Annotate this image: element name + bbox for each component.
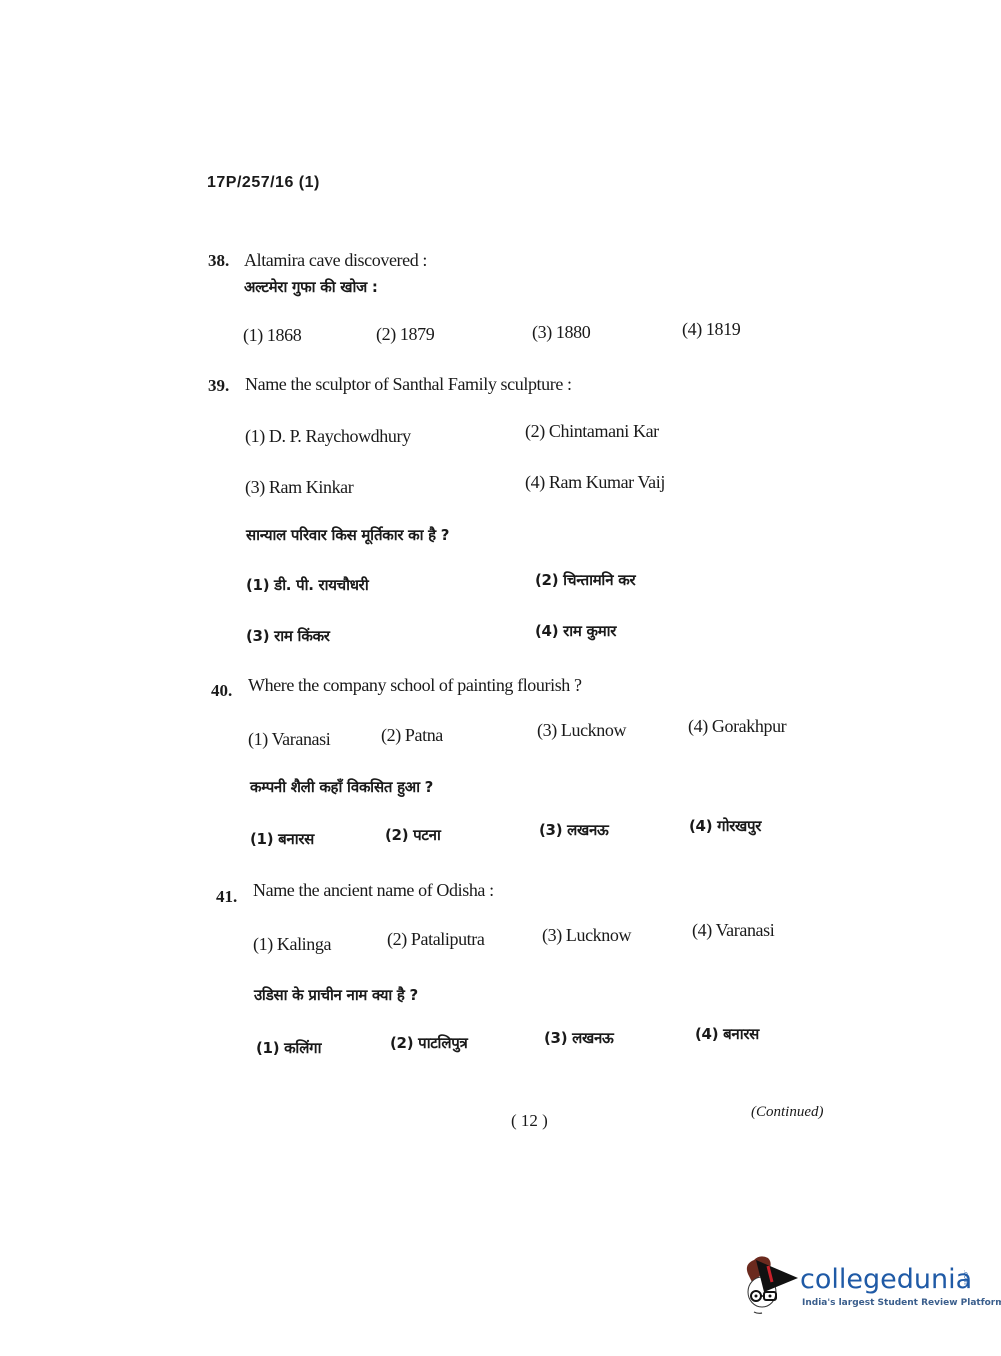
option-3: (3) Lucknow [542, 925, 631, 946]
question-text-en: Name the ancient name of Odisha : [253, 880, 494, 901]
option-2-hi: (2) पाटलिपुत्र [390, 1033, 468, 1053]
option-4: (4) 1819 [682, 319, 740, 340]
option-3: (3) Lucknow [537, 720, 626, 741]
continued-label: (Continued) [751, 1104, 824, 1121]
option-2-hi: (2) पटना [385, 825, 441, 845]
collegedunia-watermark: collegedunia .com India's largest Studen… [742, 1252, 982, 1322]
question-number: 39. [208, 376, 229, 396]
option-4-hi: (4) बनारस [695, 1024, 759, 1044]
option-4: (4) Gorakhpur [688, 716, 786, 737]
page-number: ( 12 ) [511, 1111, 548, 1131]
option-4: (4) Varanasi [692, 920, 774, 941]
paper-code: 17P/257/16 (1) [207, 174, 320, 192]
brand-name: collegedunia [800, 1264, 972, 1295]
question-text-hi: कम्पनी शैली कहाँ विकसित हुआ ? [250, 777, 433, 797]
option-3-hi: (3) लखनऊ [539, 820, 609, 840]
question-number: 40. [211, 681, 232, 701]
option-2: (2) Chintamani Kar [525, 421, 659, 442]
option-3: (3) Ram Kinkar [245, 477, 353, 498]
option-1: (1) D. P. Raychowdhury [245, 426, 411, 447]
option-2: (2) 1879 [376, 324, 434, 345]
question-text-hi: सान्याल परिवार किस मूर्तिकार का है ? [246, 525, 449, 545]
option-3-hi: (3) राम किंकर [246, 626, 330, 646]
question-text-hi: अल्टमेरा गुफा की खोज : [244, 277, 378, 297]
option-2-hi: (2) चिन्तामनि कर [535, 570, 635, 590]
question-number: 41. [216, 887, 237, 907]
brand-tagline: India's largest Student Review Platform [802, 1298, 1001, 1308]
option-2: (2) Pataliputra [387, 929, 484, 950]
option-1-hi: (1) कलिंगा [256, 1038, 321, 1058]
question-text-en: Altamira cave discovered : [244, 250, 427, 271]
question-text-en: Name the sculptor of Santhal Family scul… [245, 374, 572, 395]
option-1: (1) Kalinga [253, 934, 331, 955]
question-number: 38. [208, 251, 229, 271]
mascot-logo-icon [742, 1252, 800, 1318]
option-1: (1) 1868 [243, 325, 301, 346]
option-1-hi: (1) डी. पी. रायचौधरी [246, 575, 368, 595]
option-2: (2) Patna [381, 725, 443, 746]
option-3: (3) 1880 [532, 322, 590, 343]
option-4-hi: (4) राम कुमार [535, 621, 616, 641]
question-text-hi: उडिसा के प्राचीन नाम क्या है ? [254, 985, 418, 1005]
option-4-hi: (4) गोरखपुर [689, 816, 761, 836]
option-1-hi: (1) बनारस [250, 829, 314, 849]
question-text-en: Where the company school of painting flo… [248, 675, 582, 696]
brand-suffix: .com [962, 1270, 969, 1285]
option-1: (1) Varanasi [248, 729, 330, 750]
option-3-hi: (3) लखनऊ [544, 1028, 614, 1048]
option-4: (4) Ram Kumar Vaij [525, 472, 665, 493]
